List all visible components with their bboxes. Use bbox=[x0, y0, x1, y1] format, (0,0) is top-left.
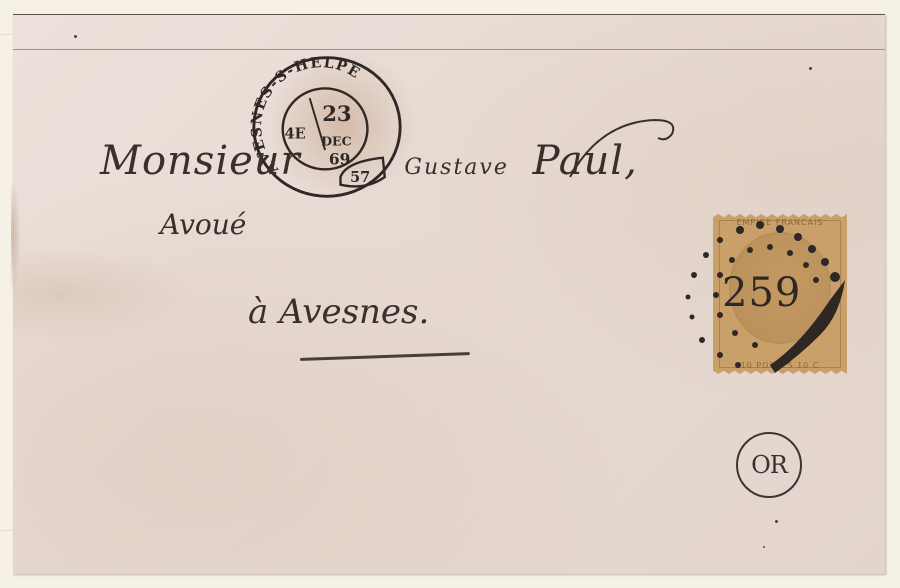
speck bbox=[763, 546, 765, 548]
speck bbox=[809, 67, 812, 70]
address-line-3: à Avesnes. bbox=[248, 292, 429, 332]
address-first-name: Gustave bbox=[404, 155, 508, 180]
speck bbox=[74, 35, 77, 38]
mount-line bbox=[0, 34, 14, 35]
postmark-day: 23 bbox=[322, 101, 351, 126]
fold-line bbox=[13, 49, 885, 50]
address-salutation: Monsieur bbox=[100, 138, 301, 184]
address-line-2: Avoué bbox=[160, 208, 246, 241]
cancel-number: 259 bbox=[722, 270, 801, 316]
origin-rural-mark: OR bbox=[736, 432, 802, 498]
edge-stain bbox=[11, 175, 21, 295]
address-line-1: Monsieur Gustave Paul, bbox=[100, 138, 638, 184]
mount-line bbox=[0, 530, 14, 531]
address-surname: Paul, bbox=[533, 138, 638, 184]
speck bbox=[775, 520, 778, 523]
or-mark-text: OR bbox=[751, 451, 787, 479]
